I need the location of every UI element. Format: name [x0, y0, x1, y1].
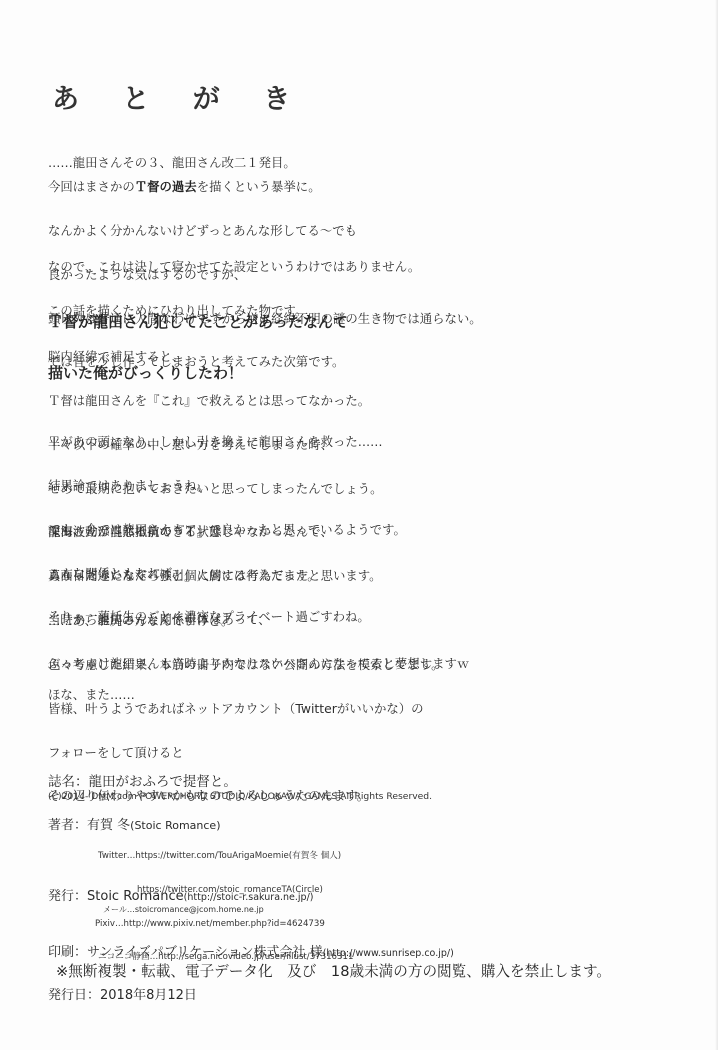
- emphasis-text: Ｔ督の過去: [135, 179, 197, 194]
- copyright-notice: ※無断複製・転載、電子データ化 及び 18歳未満の方の閲覧、購入を禁止します。: [56, 960, 611, 981]
- paragraph-line: なので、これは決して寝かせてた設定というわけではありません。: [48, 260, 420, 275]
- colophon-mail: メール…stoicromance@jcom.home.ne.jp: [103, 904, 264, 915]
- closing-line: ほな、また……: [48, 659, 135, 732]
- paragraph-line: 今回はまさかのＴ督の過去を描くという暴挙に。: [48, 180, 482, 195]
- paragraph-line: 結果論ではありましょうね。: [48, 479, 406, 494]
- paragraph-line: 脳内経緯で補足すると、: [48, 350, 383, 365]
- afterword-page: あ と が き ……龍田さんその３、龍田さん改二１発目。 今回はまさかのＴ督の過…: [0, 0, 718, 1050]
- colophon-publisher: 発行：Stoic Romance(http://stoic-r.sakura.n…: [48, 885, 314, 904]
- paragraph-line: 深海波動が混じる前の『Ｔ』は: [48, 525, 469, 540]
- colophon-date: 発行日：2018年8月12日: [48, 989, 454, 1003]
- colophon-copyright: (C)2014- DMM.com POWERCHORD STUDIO/KADOK…: [48, 791, 432, 802]
- colophon-printer: 印刷：サンライズパブリケーション株式会社 様(http://www.sunris…: [48, 946, 454, 961]
- paragraph-line: 真面目だったんだろうと個人的には考えてます。: [48, 569, 469, 584]
- paragraph-line: ……あ、お尻の方なんですけど。: [48, 614, 444, 629]
- page-title: あ と が き: [52, 86, 307, 113]
- paragraph-line: フォローをして頂けると: [48, 746, 444, 761]
- paragraph-line: Ｔがあの頭になり、しかし引き換えに龍田さんを救った……: [48, 435, 406, 450]
- link-twitter-personal: Twitter…https://twitter.com/TouArigaMoem…: [98, 851, 353, 862]
- colophon-title: 誌名：龍田がおふろで提督と。: [48, 770, 237, 790]
